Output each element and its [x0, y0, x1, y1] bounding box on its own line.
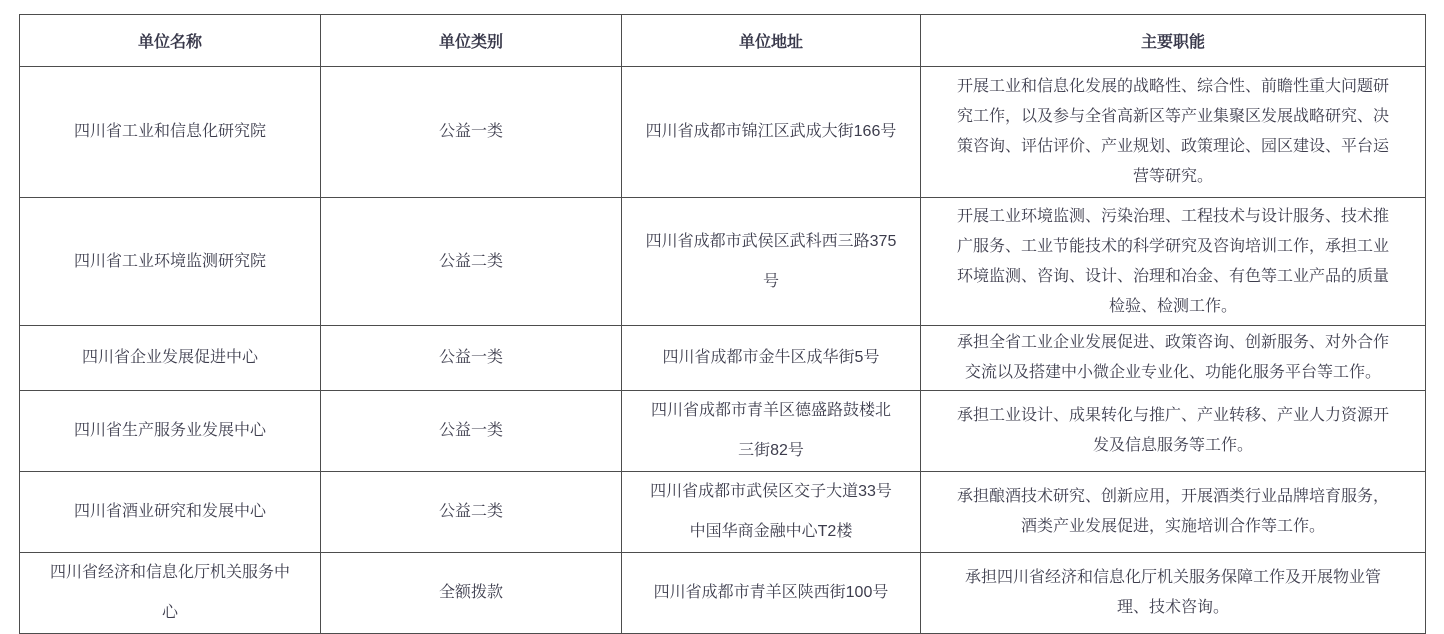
- unit-category-cell: 公益一类: [321, 326, 622, 391]
- unit-address-cell: 四川省成都市青羊区德盛路鼓楼北 三街82号: [622, 391, 921, 472]
- unit-category-cell: 全额拨款: [321, 553, 622, 634]
- header-row: 单位名称 单位类别 单位地址 主要职能: [20, 15, 1426, 67]
- table-row: 四川省经济和信息化厅机关服务中 心 全额拨款 四川省成都市青羊区陕西街100号 …: [20, 553, 1426, 634]
- unit-address-cell: 四川省成都市锦江区武成大街166号: [622, 67, 921, 198]
- table-row: 四川省工业环境监测研究院 公益二类 四川省成都市武侯区武科西三路375 号 开展…: [20, 198, 1426, 326]
- main-functions-cell: 承担全省工业企业发展促进、政策咨询、创新服务、对外合作 交流以及搭建中小微企业专…: [921, 326, 1426, 391]
- unit-name-cell: 四川省工业环境监测研究院: [20, 198, 321, 326]
- main-functions-cell: 承担酿酒技术研究、创新应用，开展酒类行业品牌培育服务， 酒类产业发展促进，实施培…: [921, 472, 1426, 553]
- unit-name-cell: 四川省工业和信息化研究院: [20, 67, 321, 198]
- main-functions-cell: 承担四川省经济和信息化厅机关服务保障工作及开展物业管 理、技术咨询。: [921, 553, 1426, 634]
- table-row: 四川省生产服务业发展中心 公益一类 四川省成都市青羊区德盛路鼓楼北 三街82号 …: [20, 391, 1426, 472]
- unit-category-cell: 公益二类: [321, 198, 622, 326]
- unit-category-cell: 公益一类: [321, 67, 622, 198]
- table-body: 四川省工业和信息化研究院 公益一类 四川省成都市锦江区武成大街166号 开展工业…: [20, 67, 1426, 634]
- unit-name-cell: 四川省企业发展促进中心: [20, 326, 321, 391]
- units-table: 单位名称 单位类别 单位地址 主要职能 四川省工业和信息化研究院 公益一类 四川…: [19, 14, 1426, 634]
- unit-address-cell: 四川省成都市武侯区交子大道33号 中国华商金融中心T2楼: [622, 472, 921, 553]
- unit-address-cell: 四川省成都市金牛区成华街5号: [622, 326, 921, 391]
- table-row: 四川省工业和信息化研究院 公益一类 四川省成都市锦江区武成大街166号 开展工业…: [20, 67, 1426, 198]
- unit-address-cell: 四川省成都市青羊区陕西街100号: [622, 553, 921, 634]
- main-functions-cell: 开展工业环境监测、污染治理、工程技术与设计服务、技术推 广服务、工业节能技术的科…: [921, 198, 1426, 326]
- column-header-unit-address: 单位地址: [622, 15, 921, 67]
- table-row: 四川省企业发展促进中心 公益一类 四川省成都市金牛区成华街5号 承担全省工业企业…: [20, 326, 1426, 391]
- table-row: 四川省酒业研究和发展中心 公益二类 四川省成都市武侯区交子大道33号 中国华商金…: [20, 472, 1426, 553]
- main-functions-cell: 承担工业设计、成果转化与推广、产业转移、产业人力资源开 发及信息服务等工作。: [921, 391, 1426, 472]
- unit-name-cell: 四川省酒业研究和发展中心: [20, 472, 321, 553]
- table-header: 单位名称 单位类别 单位地址 主要职能: [20, 15, 1426, 67]
- column-header-main-functions: 主要职能: [921, 15, 1426, 67]
- unit-category-cell: 公益一类: [321, 391, 622, 472]
- column-header-unit-category: 单位类别: [321, 15, 622, 67]
- main-functions-cell: 开展工业和信息化发展的战略性、综合性、前瞻性重大问题研 究工作，以及参与全省高新…: [921, 67, 1426, 198]
- unit-category-cell: 公益二类: [321, 472, 622, 553]
- unit-name-cell: 四川省生产服务业发展中心: [20, 391, 321, 472]
- column-header-unit-name: 单位名称: [20, 15, 321, 67]
- unit-name-cell: 四川省经济和信息化厅机关服务中 心: [20, 553, 321, 634]
- unit-address-cell: 四川省成都市武侯区武科西三路375 号: [622, 198, 921, 326]
